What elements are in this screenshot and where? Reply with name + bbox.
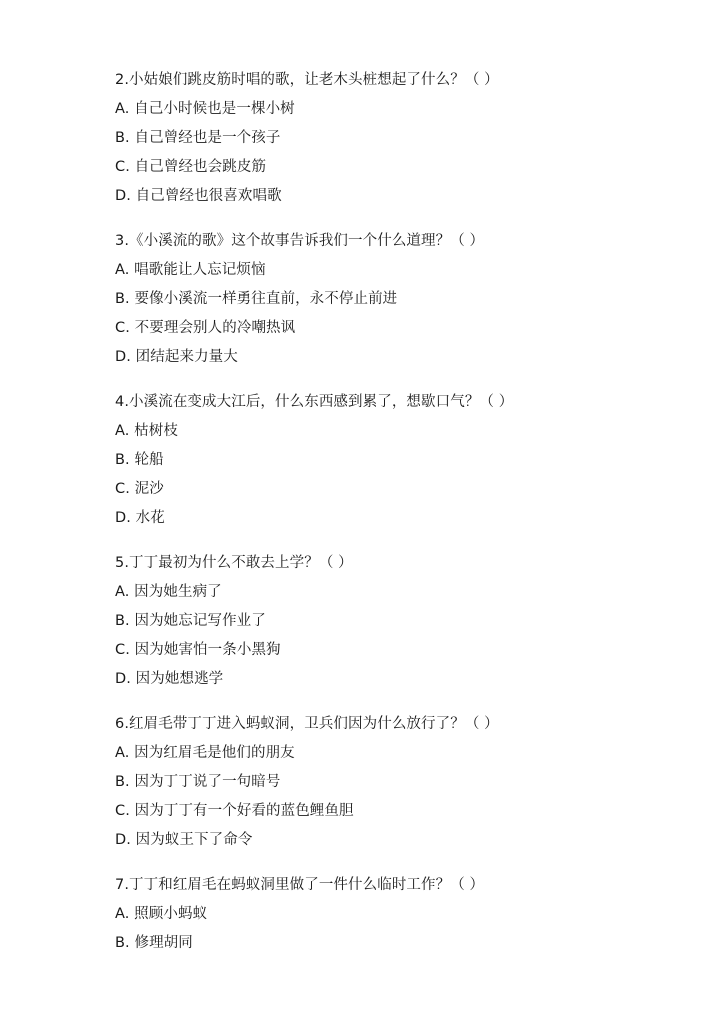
option-b[interactable]: B. 轮船	[115, 446, 675, 475]
option-c[interactable]: C. 因为丁丁有一个好看的蓝色鲤鱼胆	[115, 797, 675, 826]
question-5: 5.丁丁最初为什么不敢去上学？（ ） A. 因为她生病了 B. 因为她忘记写作业…	[115, 549, 675, 710]
option-b[interactable]: B. 自己曾经也是一个孩子	[115, 124, 675, 153]
option-c[interactable]: C. 因为她害怕一条小黑狗	[115, 636, 675, 665]
question-stem: 4.小溪流在变成大江后，什么东西感到累了，想歇口气？（ ）	[115, 388, 675, 417]
option-b[interactable]: B. 因为丁丁说了一句暗号	[115, 768, 675, 797]
option-a[interactable]: A. 因为她生病了	[115, 578, 675, 607]
option-a[interactable]: A. 因为红眉毛是他们的朋友	[115, 739, 675, 768]
question-6: 6.红眉毛带丁丁进入蚂蚁洞，卫兵们因为什么放行了？（ ） A. 因为红眉毛是他们…	[115, 710, 675, 871]
question-stem: 3.《小溪流的歌》这个故事告诉我们一个什么道理？（ ）	[115, 227, 675, 256]
question-2: 2.小姑娘们跳皮筋时唱的歌，让老木头桩想起了什么？（ ） A. 自己小时候也是一…	[115, 66, 675, 227]
question-stem: 6.红眉毛带丁丁进入蚂蚁洞，卫兵们因为什么放行了？（ ）	[115, 710, 675, 739]
option-b[interactable]: B. 因为她忘记写作业了	[115, 607, 675, 636]
option-d[interactable]: D. 自己曾经也很喜欢唱歌	[115, 182, 675, 211]
question-3: 3.《小溪流的歌》这个故事告诉我们一个什么道理？（ ） A. 唱歌能让人忘记烦恼…	[115, 227, 675, 388]
option-d[interactable]: D. 团结起来力量大	[115, 343, 675, 372]
question-7: 7.丁丁和红眉毛在蚂蚁洞里做了一件什么临时工作？（ ） A. 照顾小蚂蚁 B. …	[115, 871, 675, 1024]
quiz-page: 2.小姑娘们跳皮筋时唱的歌，让老木头桩想起了什么？（ ） A. 自己小时候也是一…	[115, 66, 675, 1024]
question-stem: 2.小姑娘们跳皮筋时唱的歌，让老木头桩想起了什么？（ ）	[115, 66, 675, 95]
option-c[interactable]: C. 不要理会别人的冷嘲热讽	[115, 314, 675, 343]
option-a[interactable]: A. 唱歌能让人忘记烦恼	[115, 256, 675, 285]
question-stem: 7.丁丁和红眉毛在蚂蚁洞里做了一件什么临时工作？（ ）	[115, 871, 675, 900]
option-a[interactable]: A. 枯树枝	[115, 417, 675, 446]
option-d[interactable]: D. 水花	[115, 504, 675, 533]
option-d[interactable]: D. 因为她想逃学	[115, 665, 675, 694]
question-4: 4.小溪流在变成大江后，什么东西感到累了，想歇口气？（ ） A. 枯树枝 B. …	[115, 388, 675, 549]
option-b[interactable]: B. 修理胡同	[115, 929, 675, 958]
option-b[interactable]: B. 要像小溪流一样勇往直前，永不停止前进	[115, 285, 675, 314]
option-a[interactable]: A. 自己小时候也是一棵小树	[115, 95, 675, 124]
question-stem: 5.丁丁最初为什么不敢去上学？（ ）	[115, 549, 675, 578]
option-c[interactable]: C. 泥沙	[115, 475, 675, 504]
option-d[interactable]: D. 因为蚁王下了命令	[115, 826, 675, 855]
option-c[interactable]: C. 自己曾经也会跳皮筋	[115, 153, 675, 182]
option-a[interactable]: A. 照顾小蚂蚁	[115, 900, 675, 929]
